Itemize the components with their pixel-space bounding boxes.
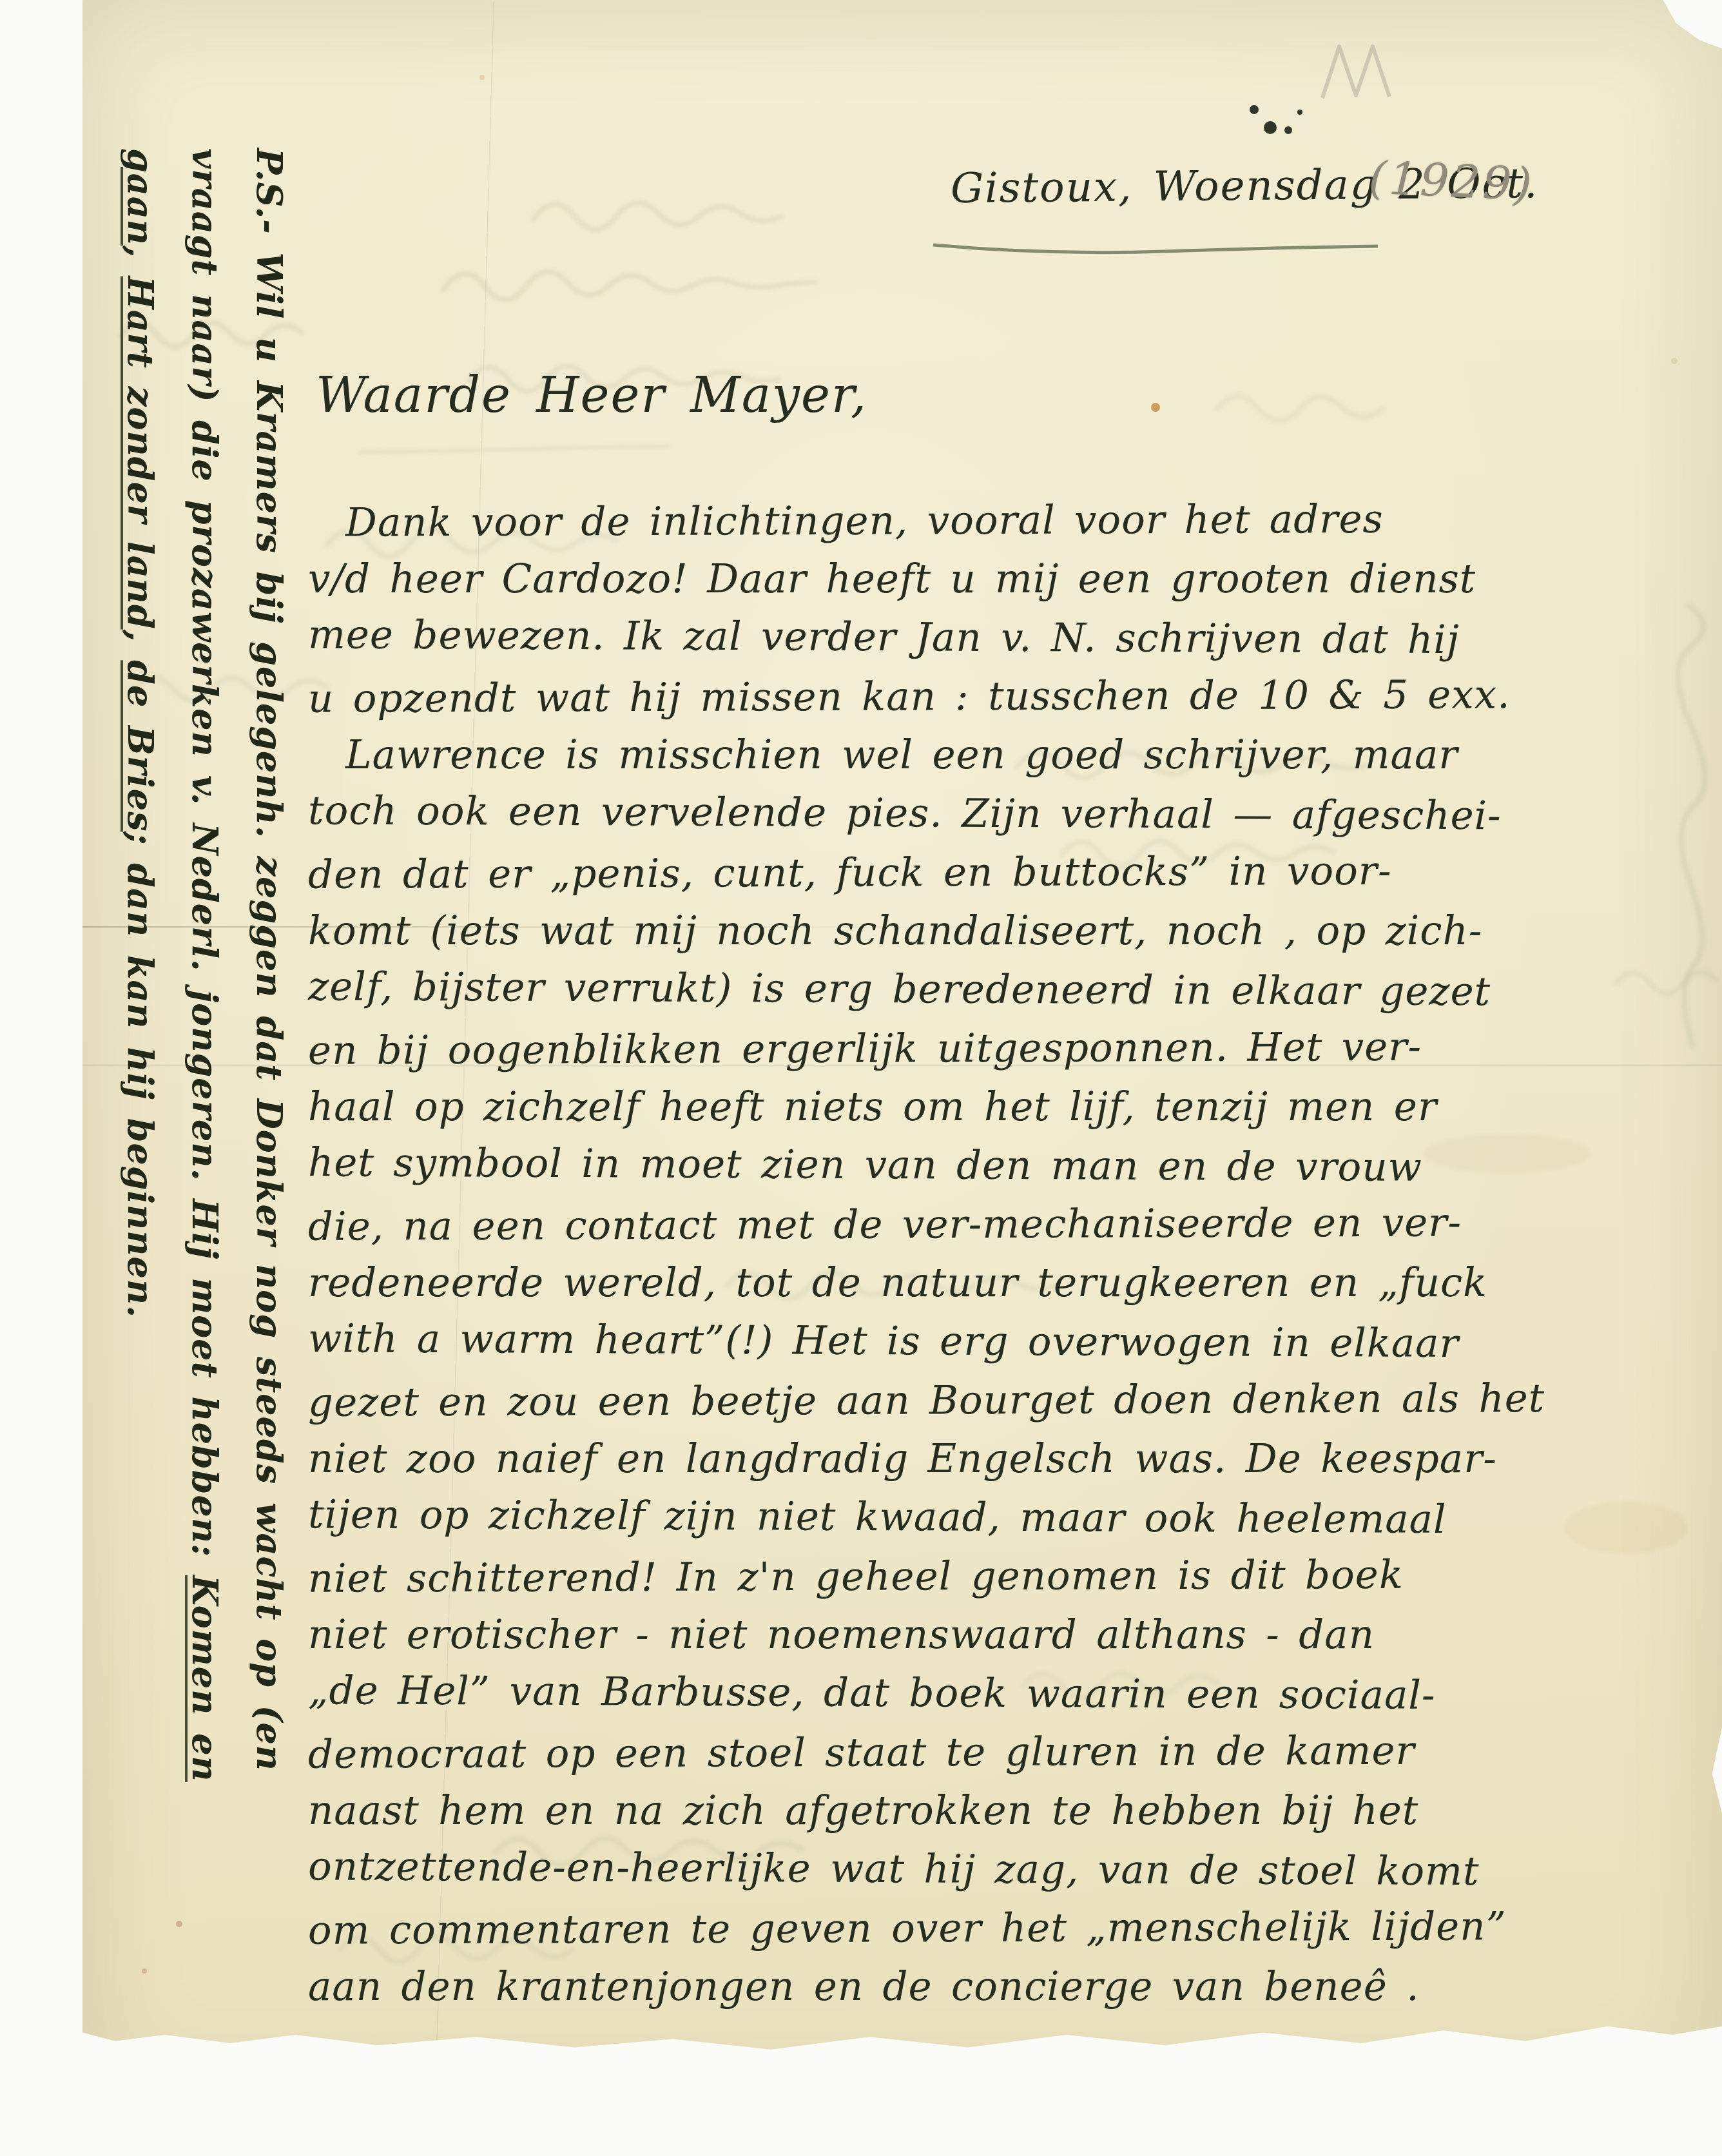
body-line: democraat op een stoel staat te gluren i… (308, 1720, 1707, 1784)
salutation: Waarde Heer Mayer, (316, 366, 867, 423)
ps-line-3-text: , (120, 630, 161, 661)
body-line: ontzettende-en-heerlijke wat hij zag, va… (308, 1837, 1707, 1901)
ps-line-2: vraagt naar) die prozawerken v. Nederl. … (173, 148, 237, 1714)
body-line: niet schitterend! In z'n geheel genomen … (308, 1544, 1707, 1608)
body-line: u opzendt wat hij missen kan : tusschen … (308, 665, 1707, 728)
body-line: tijen op zichzelf zijn niet kwaad, maar … (308, 1485, 1707, 1549)
body-line: Lawrence is misschien wel een goed schri… (308, 726, 1707, 784)
letter-paper-sheet: Gistoux, Woensdag 2 Oct. (1929) Waarde H… (82, 0, 1722, 2106)
ps-line-2-text: vraagt naar) die prozawerken v. Nederl. … (184, 148, 226, 1575)
body-line: zelf, bijster verrukt) is erg beredeneer… (308, 957, 1707, 1022)
body-line: v/d heer Cardozo! Daar heeft u mij een g… (308, 550, 1707, 608)
postscript-margin: P.S.- Wil u Kramers bij gelegenh. zeggen… (108, 148, 302, 1721)
body-line: den dat er „penis, cunt, fuck en buttock… (308, 840, 1707, 904)
body-line: gezet en zou een beetje aan Bourget doen… (308, 1368, 1707, 1432)
body-line: mee bewezen. Ik zal verder Jan v. N. sch… (308, 605, 1707, 670)
year-annotation-pencil: (1929) (1368, 151, 1535, 211)
body-line: redeneerde wereld, tot de natuur terugke… (308, 1254, 1707, 1312)
ps-book-title: gaan (120, 148, 161, 246)
body-line: en bij oogenblikken ergerlijk uitgesponn… (308, 1016, 1707, 1080)
body-line: toch ook een vervelende pies. Zijn verha… (308, 781, 1707, 846)
body-line: with a warm heart”(!) Het is erg overwog… (308, 1309, 1707, 1374)
ps-line-3-text: ; dan kan hij beginnen. (120, 832, 161, 1318)
folded-corner-crease (1667, 0, 1722, 40)
ps-book-title: Komen en (184, 1575, 226, 1782)
ink-blot (1250, 105, 1302, 134)
body-line: niet erotischer - niet noemenswaard alth… (308, 1606, 1707, 1664)
letter-body: Dank voor de inlichtingen, vooral voor h… (308, 491, 1707, 2016)
ps-book-title: de Bries (120, 660, 161, 831)
body-line: niet zoo naief en langdradig Engelsch wa… (308, 1430, 1707, 1488)
ps-line-1: P.S.- Wil u Kramers bij gelegenh. zeggen… (237, 148, 302, 1714)
body-line: die, na een contact met de ver-mechanise… (308, 1192, 1707, 1256)
dateline-underline (933, 245, 1378, 253)
body-line: om commentaren te geven over het „mensch… (308, 1896, 1707, 1960)
body-line: naast hem en na zich afgetrokken te hebb… (308, 1782, 1707, 1840)
scanned-letter-page: { "letter": { "dateline": "Gistoux, Woen… (0, 0, 1722, 2156)
body-line: het symbool in moet zien van den man en … (308, 1133, 1707, 1198)
body-line: Dank voor de inlichtingen, vooral voor h… (308, 489, 1707, 552)
body-line: „de Hel” van Barbusse, dat boek waarin e… (308, 1661, 1707, 1725)
body-line: haal op zichzelf heeft niets om het lijf… (308, 1078, 1707, 1136)
ps-book-title: Hart zonder land (120, 277, 161, 630)
body-line: komt (iets wat mij noch schandaliseert, … (308, 902, 1707, 960)
ps-line-3: gaan, Hart zonder land, de Bries; dan ka… (108, 148, 173, 1714)
ps-line-3-text: , (120, 246, 161, 277)
pencil-mark (1322, 46, 1389, 98)
body-line: aan den krantenjongen en de concierge va… (308, 1957, 1707, 2016)
